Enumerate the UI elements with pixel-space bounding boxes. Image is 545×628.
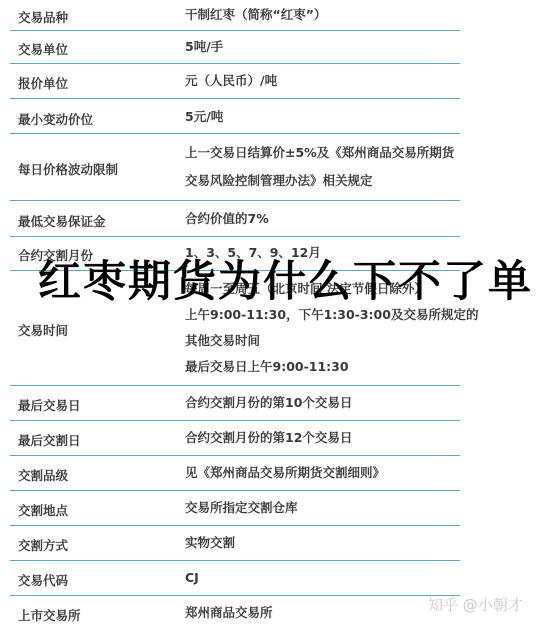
row-value: 元（人民币）/吨	[185, 67, 277, 95]
table-row: 交割方式 实物交割	[10, 526, 460, 561]
row-value: CJ	[185, 564, 199, 592]
row-value: 交易所指定交割仓库	[185, 494, 298, 522]
row-key: 上市交易所	[18, 606, 81, 624]
table-row: 最后交易日 合约交割月份的第10个交易日	[10, 386, 460, 421]
row-key: 交易品种	[18, 8, 68, 26]
row-key: 交割品级	[18, 466, 68, 484]
table-row: 最后交割日 合约交割月份的第12个交易日	[10, 421, 460, 456]
row-key: 交易单位	[18, 40, 68, 58]
row-value: 上一交易日结算价±5%及《郑州商品交易所期货	[185, 139, 454, 167]
row-value: 合约价值的7%	[185, 205, 269, 233]
row-value: 实物交割	[185, 529, 235, 557]
row-value: 干制红枣（简称“红枣”）	[185, 1, 326, 29]
row-value: 郑州商品交易所	[185, 599, 273, 627]
table-row: 交易品种 干制红枣（简称“红枣”）	[10, 0, 460, 31]
row-value: 5吨/手	[185, 33, 223, 61]
row-key: 最小变动价位	[18, 110, 93, 128]
row-value: 见《郑州商品交易所期货交割细则》	[185, 459, 385, 487]
row-key: 交割方式	[18, 536, 68, 554]
row-value: 其他交易时间	[185, 327, 260, 355]
row-key: 最后交易日	[18, 396, 81, 414]
row-value: 交易风险控制管理办法》相关规定	[185, 167, 373, 195]
watermark: 知乎 @小朝才	[428, 594, 523, 615]
row-key: 交割地点	[18, 501, 68, 519]
table-row: 交割品级 见《郑州商品交易所期货交割细则》	[10, 456, 460, 491]
table-row: 交割地点 交易所指定交割仓库	[10, 491, 460, 526]
table-row: 交易代码 CJ	[10, 561, 460, 596]
row-value: 5元/吨	[185, 103, 223, 131]
row-key: 最低交易保证金	[18, 212, 106, 230]
table-row: 交易单位 5吨/手	[10, 31, 460, 64]
row-key: 报价单位	[18, 74, 68, 92]
table-row: 每日价格波动限制 上一交易日结算价±5%及《郑州商品交易所期货 交易风险控制管理…	[10, 134, 460, 201]
row-key: 交易代码	[18, 571, 68, 589]
row-value: 合约交割月份的第10个交易日	[185, 389, 352, 417]
table-row: 最小变动价位 5元/吨	[10, 99, 460, 134]
row-value: 最后交易日上午9:00-11:30	[185, 353, 349, 381]
row-key: 每日价格波动限制	[18, 160, 118, 178]
row-key: 最后交割日	[18, 431, 81, 449]
row-key: 交易时间	[18, 321, 68, 339]
table-row: 最低交易保证金 合约价值的7%	[10, 201, 460, 237]
table-row: 上市交易所 郑州商品交易所	[10, 596, 460, 628]
row-value: 合约交割月份的第12个交易日	[185, 424, 352, 452]
table-row: 报价单位 元（人民币）/吨	[10, 64, 460, 99]
overlay-title: 红枣期货为什么下不了单	[38, 248, 533, 309]
